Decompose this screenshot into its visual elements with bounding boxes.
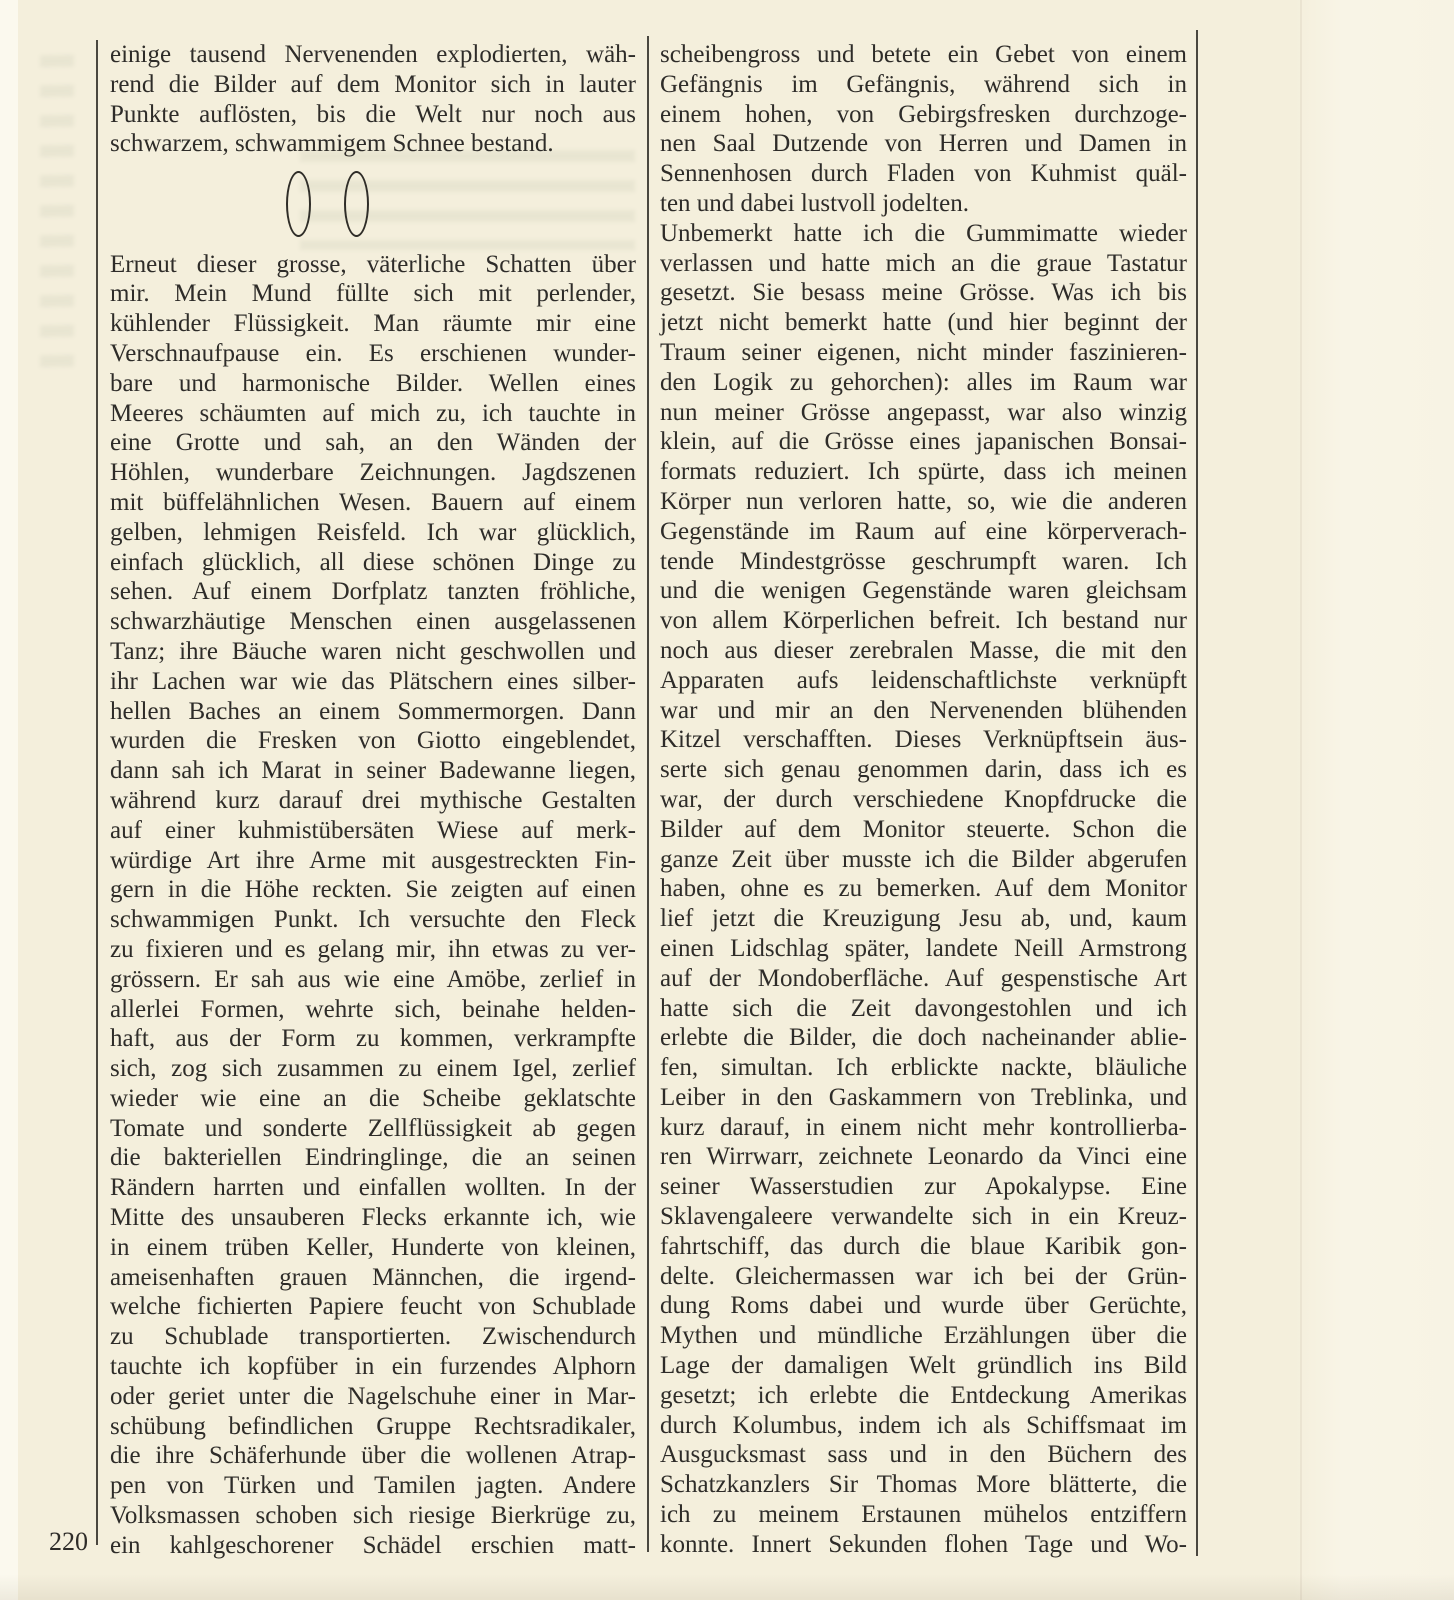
left-column-paragraph-1: einige tausend Nervenenden explodierten,… xyxy=(110,40,636,159)
page-number: 220 xyxy=(26,1527,88,1557)
column-divider-rule xyxy=(647,36,649,1552)
section-ornament xyxy=(110,159,636,249)
text-line: von allem Körperlichen befreit. Ich best… xyxy=(660,606,1187,636)
bleedthrough-margin xyxy=(40,55,74,376)
text-line: erlebte die Bilder, die doch nacheinande… xyxy=(660,1023,1187,1053)
text-line: die ihre Schäferhunde über die wollenen … xyxy=(110,1441,636,1471)
text-line: zu fixieren und es gelang mir, ihn etwas… xyxy=(110,935,636,965)
left-column-paragraph-2: Erneut dieser grosse, väterliche Schatte… xyxy=(110,250,636,1561)
text-line: Mythen und mündliche Erzählungen über di… xyxy=(660,1321,1187,1351)
text-line: einige tausend Nervenenden explodierten,… xyxy=(110,40,636,70)
text-line: Lage der damaligen Welt gründlich ins Bi… xyxy=(660,1351,1187,1381)
text-line: schwarzem, schwammigem Schnee bestand. xyxy=(110,129,636,159)
text-line: Volksmassen schoben sich riesige Bierkrü… xyxy=(110,1501,636,1531)
text-line: auf der Mondoberfläche. Auf gespenstisch… xyxy=(660,964,1187,994)
text-line: einfach glücklich, all diese schönen Din… xyxy=(110,548,636,578)
text-line: serte sich genau genommen darin, dass ic… xyxy=(660,755,1187,785)
text-line: rend die Bilder auf dem Monitor sich in … xyxy=(110,70,636,100)
page: { "page": { "number": "220", "colors": {… xyxy=(0,0,1454,1600)
text-line: während kurz darauf drei mythische Gesta… xyxy=(110,786,636,816)
text-line: Höhlen, wunderbare Zeichnungen. Jagdszen… xyxy=(110,458,636,488)
text-line: delte. Gleichermassen war ich bei der Gr… xyxy=(660,1262,1187,1292)
text-line: sich, zog sich zusammen zu einem Igel, z… xyxy=(110,1054,636,1084)
text-line: lief jetzt die Kreuzigung Jesu ab, und, … xyxy=(660,904,1187,934)
text-line: welche fichierten Papiere feucht von Sch… xyxy=(110,1292,636,1322)
text-line: Bilder auf dem Monitor steuerte. Schon d… xyxy=(660,815,1187,845)
text-line: Erneut dieser grosse, väterliche Schatte… xyxy=(110,250,636,280)
text-line: ameisenhaften grauen Männchen, die irgen… xyxy=(110,1263,636,1293)
text-line: oder geriet unter die Nagelschuhe einer … xyxy=(110,1382,636,1412)
text-line: tauchte ich kopfüber in ein furzendes Al… xyxy=(110,1352,636,1382)
text-line: Leiber in den Gaskammern von Treblinka, … xyxy=(660,1083,1187,1113)
text-line: ten und dabei lustvoll jodelten. xyxy=(660,189,1187,219)
text-line: einen Lidschlag später, landete Neill Ar… xyxy=(660,934,1187,964)
text-line: noch aus dieser zerebralen Masse, die mi… xyxy=(660,636,1187,666)
text-line: nen Saal Dutzende von Herren und Damen i… xyxy=(660,129,1187,159)
text-line: sehen. Auf einem Dorfplatz tanzten fröhl… xyxy=(110,577,636,607)
text-line: Schatzkanzlers Sir Thomas More blätterte… xyxy=(660,1470,1187,1500)
text-line: hellen Baches an einem Sommermorgen. Dan… xyxy=(110,697,636,727)
text-line: gern in die Höhe reckten. Sie zeigten au… xyxy=(110,875,636,905)
text-line: grössern. Er sah aus wie eine Amöbe, zer… xyxy=(110,965,636,995)
text-line: war, der durch verschiedene Knopfdrucke … xyxy=(660,785,1187,815)
text-line: Unbemerkt hatte ich die Gummimatte wiede… xyxy=(660,219,1187,249)
text-line: eine Grotte und sah, an den Wänden der xyxy=(110,428,636,458)
text-line: durch Kolumbus, indem ich als Schiffsmaa… xyxy=(660,1411,1187,1441)
text-line: ren Wirrwarr, zeichnete Leonardo da Vinc… xyxy=(660,1142,1187,1172)
text-line: Körper nun verloren hatte, so, wie die a… xyxy=(660,487,1187,517)
text-line: Verschnaufpause ein. Es erschienen wunde… xyxy=(110,339,636,369)
ellipse-glyph xyxy=(344,171,369,237)
text-line: in einem trüben Keller, Hunderte von kle… xyxy=(110,1233,636,1263)
text-line: Traum seiner eigenen, nicht minder faszi… xyxy=(660,338,1187,368)
right-column-paragraph-2: Unbemerkt hatte ich die Gummimatte wiede… xyxy=(660,219,1187,1560)
paper-bottom-shadow xyxy=(0,1574,1454,1600)
text-line: Ausgucksmast sass und in den Büchern des xyxy=(660,1440,1187,1470)
text-line: ganze Zeit über musste ich die Bilder ab… xyxy=(660,845,1187,875)
text-line: Kitzel verschafften. Dieses Verknüpftsei… xyxy=(660,725,1187,755)
text-line: ihr Lachen war wie das Plätschern eines … xyxy=(110,667,636,697)
text-line: war und mir an den Nervenenden blühenden xyxy=(660,696,1187,726)
text-line: dann sah ich Marat in seiner Badewanne l… xyxy=(110,756,636,786)
text-line: mit büffelähnlichen Wesen. Bauern auf ei… xyxy=(110,488,636,518)
text-line: mir. Mein Mund füllte sich mit perlender… xyxy=(110,279,636,309)
text-line: jetzt nicht bemerkt hatte (und hier begi… xyxy=(660,308,1187,338)
text-line: und die wenigen Gegenstände waren gleich… xyxy=(660,576,1187,606)
text-line: pen von Türken und Tamilen jagten. Ander… xyxy=(110,1471,636,1501)
text-line: gesetzt. Sie besass meine Grösse. Was ic… xyxy=(660,278,1187,308)
text-line: verlassen und hatte mich an die graue Ta… xyxy=(660,249,1187,279)
text-line: die bakteriellen Eindringlinge, die an s… xyxy=(110,1143,636,1173)
text-line: ein kahlgeschorener Schädel erschien mat… xyxy=(110,1531,636,1561)
text-line: allerlei Formen, wehrte sich, beinahe he… xyxy=(110,995,636,1025)
text-line: Gegenstände im Raum auf eine körperverac… xyxy=(660,517,1187,547)
text-line: schübung befindlichen Gruppe Rechtsradik… xyxy=(110,1412,636,1442)
text-line: Sklavengaleere verwandelte sich in ein K… xyxy=(660,1202,1187,1232)
text-line: schwarzhäutige Menschen einen ausgelasse… xyxy=(110,607,636,637)
text-line: schwammigen Punkt. Ich versuchte den Fle… xyxy=(110,905,636,935)
text-line: formats reduziert. Ich spürte, dass ich … xyxy=(660,457,1187,487)
text-line: kurz darauf, in einem nicht mehr kontrol… xyxy=(660,1113,1187,1143)
text-line: wieder wie eine an die Scheibe geklatsch… xyxy=(110,1084,636,1114)
left-margin-rule xyxy=(96,40,98,1545)
right-column: scheibengross und betete ein Gebet von e… xyxy=(660,40,1187,1560)
text-line: Punkte auflösten, bis die Welt nur noch … xyxy=(110,100,636,130)
text-line: haft, aus der Form zu kommen, verkrampft… xyxy=(110,1024,636,1054)
text-line: seiner Wasserstudien zur Apokalypse. Ein… xyxy=(660,1172,1187,1202)
right-margin-rule xyxy=(1196,30,1198,1556)
text-line: gelben, lehmigen Reisfeld. Ich war glück… xyxy=(110,518,636,548)
paper-right-edge xyxy=(1294,0,1454,1600)
paper-left-edge xyxy=(0,0,18,1600)
text-line: tende Mindestgrösse geschrumpft waren. I… xyxy=(660,547,1187,577)
text-line: zu Schublade transportierten. Zwischendu… xyxy=(110,1322,636,1352)
text-line: Tanz; ihre Bäuche waren nicht geschwolle… xyxy=(110,637,636,667)
text-line: einem hohen, von Gebirgsfresken durchzog… xyxy=(660,100,1187,130)
text-line: hatte sich die Zeit davongestohlen und i… xyxy=(660,994,1187,1024)
left-column: einige tausend Nervenenden explodierten,… xyxy=(110,40,636,1561)
text-line: bare und harmonische Bilder. Wellen eine… xyxy=(110,369,636,399)
text-line: klein, auf die Grösse eines japanischen … xyxy=(660,427,1187,457)
text-line: Meeres schäumten auf mich zu, ich taucht… xyxy=(110,399,636,429)
text-line: Rändern harrten und einfallen wollten. I… xyxy=(110,1173,636,1203)
text-line: konnte. Innert Sekunden flohen Tage und … xyxy=(660,1530,1187,1560)
text-line: fen, simultan. Ich erblickte nackte, blä… xyxy=(660,1053,1187,1083)
right-column-paragraph-1: scheibengross und betete ein Gebet von e… xyxy=(660,40,1187,219)
text-line: Tomate und sonderte Zellflüssigkeit ab g… xyxy=(110,1114,636,1144)
text-line: gesetzt; ich erlebte die Entdeckung Amer… xyxy=(660,1381,1187,1411)
text-line: auf einer kuhmistübersäten Wiese auf mer… xyxy=(110,816,636,846)
text-line: Apparaten aufs leidenschaftlichste verkn… xyxy=(660,666,1187,696)
text-line: den Logik zu gehorchen): alles im Raum w… xyxy=(660,368,1187,398)
text-line: kühlender Flüssigkeit. Man räumte mir ei… xyxy=(110,309,636,339)
text-line: haben, ohne es zu bemerken. Auf dem Moni… xyxy=(660,874,1187,904)
ellipse-glyph xyxy=(286,171,311,237)
text-line: wurden die Fresken von Giotto eingeblend… xyxy=(110,726,636,756)
text-line: Mitte des unsauberen Flecks erkannte ich… xyxy=(110,1203,636,1233)
text-line: Sennenhosen durch Fladen von Kuhmist quä… xyxy=(660,159,1187,189)
text-line: würdige Art ihre Arme mit ausgestreckten… xyxy=(110,846,636,876)
text-line: dung Roms dabei und wurde über Gerüchte, xyxy=(660,1291,1187,1321)
paper-crease xyxy=(1300,0,1302,1600)
text-line: nun meiner Grösse angepasst, war also wi… xyxy=(660,398,1187,428)
text-line: Gefängnis im Gefängnis, während sich in xyxy=(660,70,1187,100)
text-line: scheibengross und betete ein Gebet von e… xyxy=(660,40,1187,70)
text-line: ich zu meinem Erstaunen mühelos entziffe… xyxy=(660,1500,1187,1530)
text-line: fahrtschiff, das durch die blaue Karibik… xyxy=(660,1232,1187,1262)
